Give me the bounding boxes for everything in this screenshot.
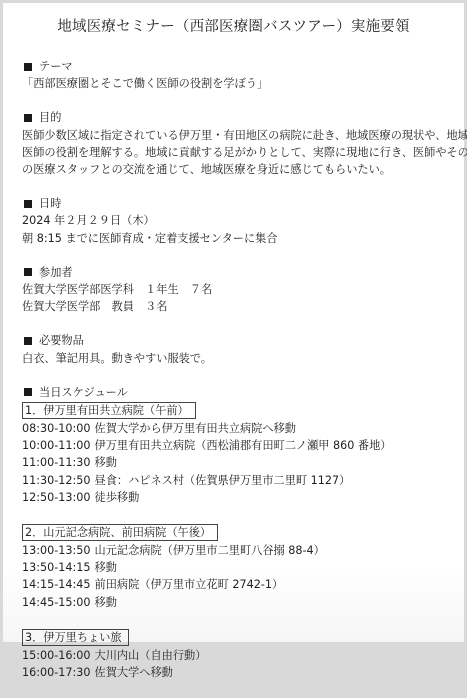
theme-text: 「西部医療圏とそこで働く医師の役割を学ぼう」 (22, 75, 454, 92)
schedule-time: 12:50-13:00 (22, 491, 91, 504)
section-items: 必要物品 白衣、筆記用具。動きやすい服装で。 (22, 332, 454, 366)
schedule-text: 昼食：ハピネス村（佐賀県伊万里市二里町 1127） (95, 474, 351, 487)
document-page: 地域医療セミナー（西部医療圏バスツアー）実施要領 テーマ 「西部医療圏とそこで働… (3, 3, 464, 642)
schedule-block-label: 3．伊万里ちょい旅 (22, 629, 129, 645)
schedule-text: 徒歩移動 (95, 491, 140, 504)
black-square-icon (24, 114, 32, 122)
schedule-time: 13:00-13:50 (22, 544, 91, 557)
schedule-block-label: 2．山元記念病院、前田病院（午後） (22, 524, 218, 541)
schedule-text: 伊万里有田共立病院（西松浦郡有田町二ノ瀬甲 860 番地） (95, 439, 392, 452)
schedule-row: 11:30-12:50昼食：ハピネス村（佐賀県伊万里市二里町 1127） (22, 472, 454, 489)
section-theme: テーマ 「西部医療圏とそこで働く医師の役割を学ぼう」 (22, 58, 454, 92)
black-square-icon (24, 388, 32, 396)
section-heading: 日時 (39, 195, 61, 212)
section-heading: テーマ (39, 58, 73, 75)
participant-line: 佐賀大学医学部 教員 ３名 (22, 298, 454, 315)
schedule-text: 移動 (95, 456, 117, 469)
schedule-row: 11:00-11:30移動 (22, 454, 454, 471)
schedule-time: 10:00-11:00 (22, 439, 91, 452)
black-square-icon (24, 337, 32, 345)
schedule-time: 13:50-14:15 (22, 561, 91, 574)
schedule-text: 山元記念病院（伊万里市二里町八谷搦 88-4） (95, 544, 325, 557)
schedule-block-trip: 3．伊万里ちょい旅 15:00-16:00大川内山（自由行動） 16:00-17… (22, 628, 454, 645)
section-purpose: 目的 医師少数区域に指定されている伊万里・有田地区の病院に赴き、地域医療の現状や… (22, 109, 454, 178)
section-heading: 当日スケジュール (39, 384, 128, 401)
schedule-time: 11:30-12:50 (22, 474, 91, 487)
participant-line: 佐賀大学医学部医学科 １年生 ７名 (22, 281, 454, 298)
schedule-text: 佐賀大学から伊万里有田共立病院へ移動 (95, 422, 296, 435)
purpose-line: の医療スタッフとの交流を通じて、地域医療を身近に感じてもらいたい。 (22, 161, 454, 178)
document-body: テーマ 「西部医療圏とそこで働く医師の役割を学ぼう」 目的 医師少数区域に指定さ… (22, 58, 454, 645)
meeting-time: 朝 8:15 までに医師育成・定着支援センターに集合 (22, 230, 454, 247)
section-heading: 目的 (39, 109, 61, 126)
section-participants: 参加者 佐賀大学医学部医学科 １年生 ７名 佐賀大学医学部 教員 ３名 (22, 264, 454, 316)
black-square-icon (24, 268, 32, 276)
schedule-row: 10:00-11:00伊万里有田共立病院（西松浦郡有田町二ノ瀬甲 860 番地） (22, 437, 454, 454)
section-heading: 参加者 (39, 264, 73, 281)
schedule-row: 12:50-13:00徒歩移動 (22, 489, 454, 506)
purpose-line: 医師少数区域に指定されている伊万里・有田地区の病院に赴き、地域医療の現状や、地域… (22, 127, 454, 144)
schedule-block-morning: 1．伊万里有田共立病院（午前） 08:30-10:00佐賀大学から伊万里有田共立… (22, 401, 454, 506)
schedule-block-afternoon: 2．山元記念病院、前田病院（午後） 13:00-13:50山元記念病院（伊万里市… (22, 523, 454, 611)
schedule-row: 13:00-13:50山元記念病院（伊万里市二里町八谷搦 88-4） (22, 542, 454, 559)
section-schedule: 当日スケジュール 1．伊万里有田共立病院（午前） 08:30-10:00佐賀大学… (22, 384, 454, 645)
schedule-block-label: 1．伊万里有田共立病院（午前） (22, 402, 196, 419)
event-date: 2024 年２月２９日（木） (22, 212, 454, 229)
black-square-icon (24, 63, 32, 71)
section-heading: 必要物品 (39, 332, 84, 349)
schedule-text: 前田病院（伊万里市立花町 2742-1） (95, 578, 284, 591)
black-square-icon (24, 200, 32, 208)
document-title: 地域医療セミナー（西部医療圏バスツアー）実施要領 (3, 15, 464, 36)
schedule-row: 13:50-14:15移動 (22, 559, 454, 576)
items-text: 白衣、筆記用具。動きやすい服装で。 (22, 350, 454, 367)
schedule-text: 移動 (95, 561, 117, 574)
schedule-row: 14:15-14:45前田病院（伊万里市立花町 2742-1） (22, 576, 454, 593)
schedule-row: 14:45-15:00移動 (22, 594, 454, 611)
schedule-time: 14:45-15:00 (22, 596, 91, 609)
purpose-line: 医師の役割を理解する。地域に貢献する足がかりとして、実際に現地に行き、医師やその… (22, 144, 454, 161)
schedule-time: 14:15-14:45 (22, 578, 91, 591)
schedule-time: 08:30-10:00 (22, 422, 91, 435)
schedule-text: 移動 (95, 596, 117, 609)
schedule-row: 08:30-10:00佐賀大学から伊万里有田共立病院へ移動 (22, 420, 454, 437)
section-datetime: 日時 2024 年２月２９日（木） 朝 8:15 までに医師育成・定着支援センタ… (22, 195, 454, 247)
schedule-time: 11:00-11:30 (22, 456, 91, 469)
